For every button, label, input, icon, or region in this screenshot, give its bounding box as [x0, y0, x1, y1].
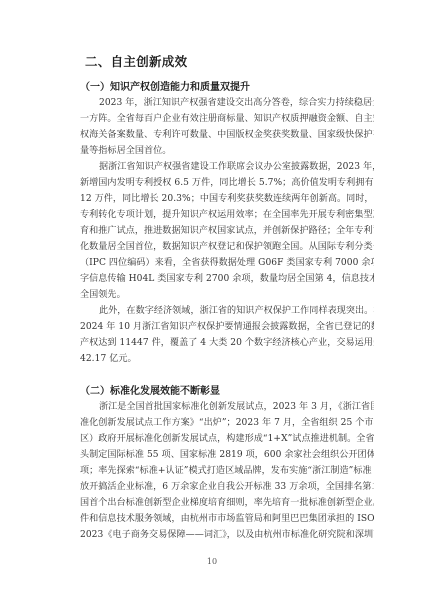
paragraph-line: 产权达到 11447 件，覆盖了 4 大类 20 个数字经济核心产业，交易运用金… — [80, 337, 374, 349]
paragraph-line: 件和信息技术服务领域，由杭州市市场监管局和阿里巴巴集团承担的 ISO 32110… — [80, 513, 374, 525]
paragraph-line: 准化创新发展试点工作方案》“出炉”；2023 年 7 月，全省组织 25 个市、… — [80, 417, 374, 429]
paragraph-line: 区）政府开展标准化创新发展试点，构建形成“1+X”试点推进机制。全省累计牵 — [80, 433, 374, 445]
paragraph-line: 2023 年，浙江知识产权强省建设交出高分答卷，综合实力持续稳居全国第 — [80, 97, 374, 109]
paragraph-line: 国首个出台标准创新型企业梯度培育细则，率先培育一批标准创新型企业。在软 — [80, 497, 374, 509]
paragraph-line: 据浙江省知识产权强省建设工作联席会议办公室披露数据，2023 年，全省 — [80, 161, 374, 173]
paragraph-line: 一方阵。全省每百户企业有效注册商标量、知识产权质押融资金额、自主知识产 — [80, 113, 374, 125]
document-page: 二、自主创新成效 （一）知识产权创造能力和质量双提升 2023 年，浙江知识产权… — [0, 0, 424, 600]
paragraph-line: （IPC 四位编码）来看，全省获得数据处理 G06F 类国家专利 7000 余项… — [80, 257, 374, 269]
subsection-heading-ip: （一）知识产权创造能力和质量双提升 — [80, 78, 250, 93]
section-heading: 二、自主创新成效 — [85, 52, 187, 70]
paragraph-line: 项；率先探索“标准+认证”模式打造区域品牌，发布实施“浙江制造”标准 3598 … — [80, 465, 374, 477]
paragraph-line: 新增国内发明专利授权 6.5 万件，同比增长 5.7%；高价值发明专利拥有量突破 — [80, 177, 374, 189]
paragraph-line: 权海关备案数量、专利许可数量、中国版权金奖获奖数量、国家级快保护平台数 — [80, 129, 374, 141]
paragraph-line: 专利转化专项计划，提升知识产权运用效率；在全国率先开展专利密集型产品培 — [80, 209, 374, 221]
paragraph-line: 浙江是全国首批国家标准化创新发展试点，2023 年 3 月，《浙江省国家标 — [80, 401, 374, 413]
paragraph-line: 字信息传输 H04L 类国家专利 2700 余项，数量均居全国第 4，信息技术创… — [80, 273, 374, 285]
paragraph-line: 放开搞活企业标准，6 万余家企业自我公开标准 33 万余项，全国排名第二；全 — [80, 481, 374, 493]
page-number: 10 — [0, 557, 424, 566]
subsection-heading-standardization: （二）标准化发展效能不断彰显 — [80, 382, 220, 397]
paragraph-line: 全国领先。 — [80, 289, 374, 301]
paragraph-line: 育和推广试点，推进数据知识产权国家试点，并创新保护路径；全年专利许可转 — [80, 225, 374, 237]
paragraph-line: 头制定国际标准 55 项、国家标准 2819 项，600 余家社会组织公开团体标… — [80, 449, 374, 461]
paragraph-line: 12 万件，同比增长 20.3%；中国专利奖获奖数连续两年创新高。同时，全省实施 — [80, 193, 374, 205]
paragraph-line: 量等指标居全国首位。 — [80, 145, 374, 157]
paragraph-line: 42.17 亿元。 — [80, 353, 374, 365]
paragraph-line: 2023《电子商务交易保障——词汇》，以及由杭州市标准化研究院和深圳市标准 — [80, 529, 374, 541]
paragraph-line: 此外，在数字经济领域，浙江省的知识产权保护工作同样表现突出。根据 — [80, 305, 374, 317]
paragraph-line: 2024 年 10 月浙江省知识产权保护要情通报会披露数据，全省已登记的数据知识 — [80, 321, 374, 333]
paragraph-line: 化数量居全国首位，数据知识产权登记和保护领跑全国。从国际专利分类号小类 — [80, 241, 374, 253]
